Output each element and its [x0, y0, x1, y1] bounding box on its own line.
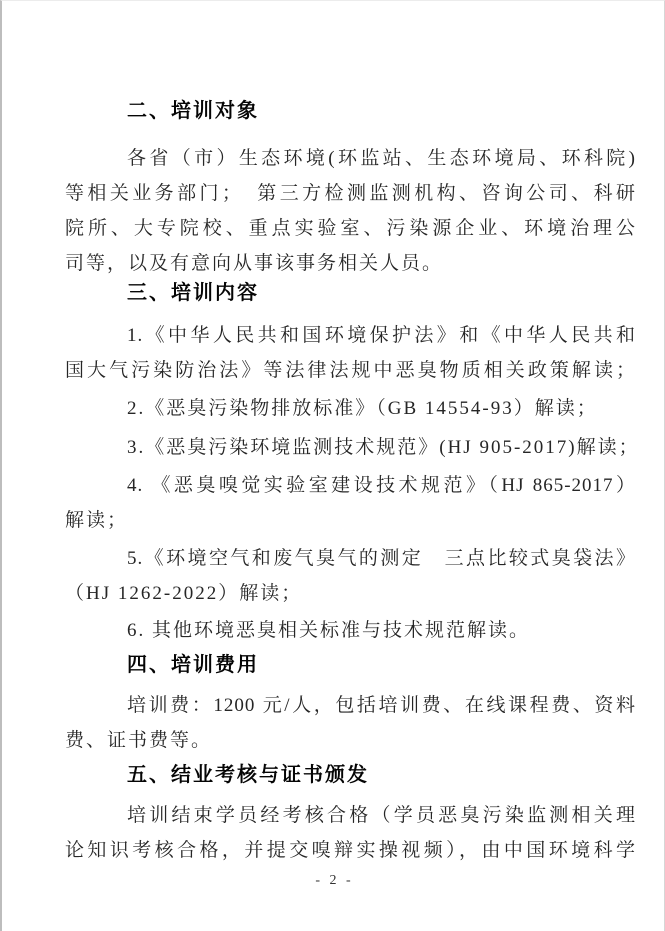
heading-training-fee: 四、培训费用	[65, 648, 665, 683]
training-content-item-5-line-2: （HJ 1262-2022）解读；	[65, 576, 636, 611]
training-fee-line-1: 培训费：1200 元/人，包括培训费、在线课程费、资料	[65, 688, 636, 723]
assessment-line-2: 论知识考核合格，并提交嗅辩实操视频），由中国环境科学	[65, 833, 636, 868]
training-targets-line-1: 各省（市）生态环境(环监站、生态环境局、环科院)	[65, 141, 636, 176]
training-content-item-6: 6. 其他环境恶臭相关标准与技术规范解读。	[65, 613, 636, 648]
training-content-item-4-line-1: 4. 《恶臭嗅觉实验室建设技术规范》（HJ 865-2017）	[65, 468, 636, 503]
training-content-item-1-line-2: 国大气污染防治法》等法律法规中恶臭物质相关政策解读；	[65, 353, 636, 388]
training-content-item-2: 2.《恶臭污染物排放标准》（GB 14554-93）解读；	[65, 391, 636, 426]
training-content-item-5-line-1: 5.《环境空气和废气臭气的测定 三点比较式臭袋法》	[65, 541, 636, 576]
training-content-item-3: 3.《恶臭污染环境监测技术规范》(HJ 905-2017)解读；	[65, 430, 636, 465]
heading-training-targets: 二、培训对象	[65, 94, 665, 129]
training-content-item-4-line-2: 解读；	[65, 503, 636, 538]
heading-assessment-certificate: 五、结业考核与证书颁发	[65, 758, 665, 793]
training-content-item-1-line-1: 1.《中华人民共和国环境保护法》和《中华人民共和	[65, 318, 636, 353]
heading-training-content: 三、培训内容	[65, 276, 665, 311]
assessment-line-1: 培训结束学员经考核合格（学员恶臭污染监测相关理	[65, 798, 636, 833]
training-targets-line-3: 院所、大专院校、重点实验室、污染源企业、环境治理公	[65, 211, 636, 246]
page-number: - 2 -	[2, 868, 665, 894]
document-page: 二、培训对象 各省（市）生态环境(环监站、生态环境局、环科院) 等相关业务部门；…	[0, 0, 665, 931]
training-targets-line-2: 等相关业务部门； 第三方检测监测机构、咨询公司、科研	[65, 176, 636, 211]
training-fee-line-2: 费、证书费等。	[65, 723, 636, 758]
